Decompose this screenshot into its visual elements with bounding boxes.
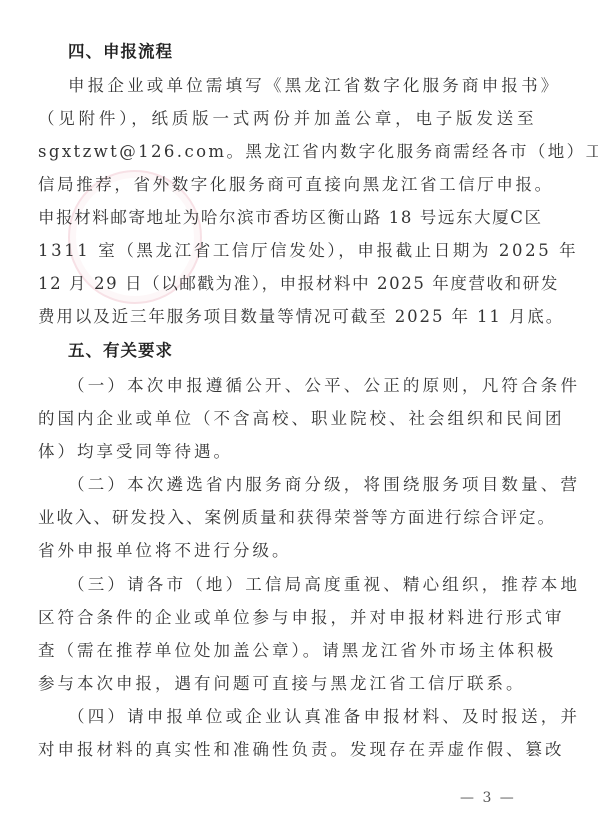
paragraph-line: （见附件），纸质版一式两份并加盖公章，电子版发送至 <box>38 109 562 129</box>
paragraph-line: sgxtzwt@126.com。黑龙江省内数字化服务商需经各市（地）工 <box>38 142 562 162</box>
requirement-3-line: 区符合条件的企业或单位参与申报，并对申报材料进行形式审 <box>38 608 562 628</box>
requirement-1-line: （一）本次申报遵循公开、公平、公正的原则，凡符合条件 <box>68 376 562 396</box>
section-heading-requirements: 五、有关要求 <box>68 341 173 361</box>
requirement-1-line: 体）均享受同等待遇。 <box>38 442 562 462</box>
document-page: 四、申报流程 申报企业或单位需填写《黑龙江省数字化服务商申报书》 （见附件），纸… <box>0 0 598 823</box>
requirement-2-line: （二）本次遴选省内服务商分级，将围绕服务项目数量、营 <box>68 475 562 495</box>
paragraph-line: 申报材料邮寄地址为哈尔滨市香坊区衡山路 18 号远东大厦C区 <box>38 208 562 228</box>
paragraph-line: 费用以及近三年服务项目数量等情况可截至 2025 年 11 月底。 <box>38 307 562 327</box>
paragraph-line: 12 月 29 日（以邮戳为准），申报材料中 2025 年度营收和研发 <box>38 274 562 294</box>
paragraph-line: 申报企业或单位需填写《黑龙江省数字化服务商申报书》 <box>68 76 562 96</box>
page-number: — 3 — <box>460 790 516 806</box>
paragraph-line: 信局推荐，省外数字化服务商可直接向黑龙江省工信厅申报。 <box>38 175 562 195</box>
requirement-4-line: （四）请申报单位或企业认真准备申报材料、及时报送，并 <box>68 707 562 727</box>
paragraph-line: 1311 室（黑龙江省工信厅信发处），申报截止日期为 2025 年 <box>38 241 562 261</box>
requirement-4-line: 对申报材料的真实性和准确性负责。发现存在弄虚作假、篡改 <box>38 740 562 760</box>
requirement-3-line: （三）请各市（地）工信局高度重视、精心组织，推荐本地 <box>68 575 562 595</box>
requirement-3-line: 查（需在推荐单位处加盖公章）。请黑龙江省外市场主体积极 <box>38 641 562 661</box>
requirement-2-line: 业收入、研发投入、案例质量和获得荣誉等方面进行综合评定。 <box>38 508 562 528</box>
requirement-1-line: 的国内企业或单位（不含高校、职业院校、社会组织和民间团 <box>38 409 562 429</box>
requirement-3-line: 参与本次申报，遇有问题可直接与黑龙江省工信厅联系。 <box>38 674 562 694</box>
requirement-2-line: 省外申报单位将不进行分级。 <box>38 541 562 561</box>
section-heading-application-process: 四、申报流程 <box>68 42 173 62</box>
